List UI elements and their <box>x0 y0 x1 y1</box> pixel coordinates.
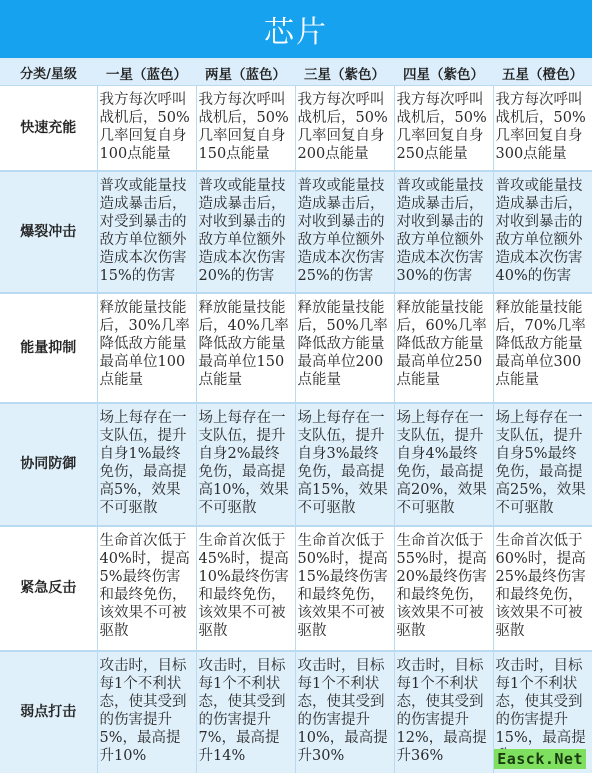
cell-text-line: 造成本次伤害 <box>298 249 394 267</box>
cell-text-line: 30%的伤害 <box>397 267 493 285</box>
cell-text-line: 释放能量技能 <box>100 299 196 317</box>
cell-text-line: 敌方单位额外 <box>298 231 394 249</box>
cell-text-line: 40%的伤害 <box>496 267 593 285</box>
cell-text-line: 该效果不可被 <box>199 604 295 622</box>
table-cell-star-4: 释放能量技能后，60%几率降低敌方能量最高单位250点能量 <box>394 293 493 403</box>
cell-text-line: 60%时，提高 <box>496 550 593 568</box>
cell-text-line: 高25%，效果 <box>496 481 593 499</box>
cell-text-line: 不可驱散 <box>100 499 196 517</box>
cell-text-line: 态，使其受到 <box>496 693 593 711</box>
cell-text-line: 最高单位300 <box>496 353 593 371</box>
cell-text-line: 和最终免伤， <box>100 586 196 604</box>
cell-text-line: 自身3%最终 <box>298 445 394 463</box>
cell-text-line: 最高单位150 <box>199 353 295 371</box>
cell-text-line: 最高单位100 <box>100 353 196 371</box>
cell-text-line: 12%，最高提 <box>397 729 493 747</box>
cell-text-line: 支队伍，提升 <box>199 427 295 445</box>
cell-text-line: 几率回复自身 <box>199 127 295 145</box>
cell-text-line: 普攻或能量技 <box>496 177 593 195</box>
cell-text-line: 不可驱散 <box>199 499 295 517</box>
cell-text-line: 战机后，50% <box>100 109 196 127</box>
cell-text-line: 200点能量 <box>298 145 394 163</box>
cell-text-line: 释放能量技能 <box>298 299 394 317</box>
cell-text-line: 15%，最高提 <box>496 729 593 747</box>
cell-text-line: 场上每存在一 <box>100 409 196 427</box>
cell-text-line: 15%最终伤害 <box>298 568 394 586</box>
cell-text-line: 对收到暴击的 <box>199 213 295 231</box>
table-cell-star-2: 我方每次呼叫战机后，50%几率回复自身150点能量 <box>196 86 295 171</box>
table-cell-star-5: 我方每次呼叫战机后，50%几率回复自身300点能量 <box>493 86 592 171</box>
cell-text-line: 造成暴击后， <box>199 195 295 213</box>
cell-text-line: 每1个不利状 <box>397 675 493 693</box>
cell-text-line: 升30% <box>298 747 394 765</box>
cell-text-line: 高10%，效果 <box>199 481 295 499</box>
cell-text-line: 造成本次伤害 <box>100 249 196 267</box>
cell-text-line: 造成本次伤害 <box>496 249 593 267</box>
table-cell-star-4: 场上每存在一支队伍，提升自身4%最终免伤，最高提高20%，效果不可驱散 <box>394 403 493 526</box>
cell-text-line: 降低敌方能量 <box>298 335 394 353</box>
cell-text-line: 150点能量 <box>199 145 295 163</box>
table-cell-star-1: 生命首次低于40%时，提高5%最终伤害和最终免伤，该效果不可被驱散 <box>97 526 196 651</box>
cell-text-line: 战机后，50% <box>496 109 593 127</box>
cell-text-line: 后，70%几率 <box>496 317 593 335</box>
cell-text-line: 升36% <box>397 747 493 765</box>
cell-text-line: 敌方单位额外 <box>199 231 295 249</box>
cell-text-line: 高5%，效果 <box>100 481 196 499</box>
cell-text-line: 造成暴击后， <box>496 195 593 213</box>
cell-text-line: 5%，最高提 <box>100 729 196 747</box>
cell-text-line: 后，60%几率 <box>397 317 493 335</box>
cell-text-line: 释放能量技能 <box>397 299 493 317</box>
header-star-1: 一星（蓝色） <box>97 60 196 86</box>
cell-text-line: 免伤，最高提 <box>298 463 394 481</box>
cell-text-line: 几率回复自身 <box>100 127 196 145</box>
cell-text-line: 15%的伤害 <box>100 267 196 285</box>
cell-text-line: 态，使其受到 <box>100 693 196 711</box>
cell-text-line: 攻击时，目标 <box>397 657 493 675</box>
cell-text-line: 敌方单位额外 <box>100 231 196 249</box>
cell-text-line: 后，40%几率 <box>199 317 295 335</box>
table-row: 协同防御场上每存在一支队伍，提升自身1%最终免伤，最高提高5%，效果不可驱散场上… <box>0 403 592 526</box>
row-category: 快速充能 <box>0 86 97 171</box>
cell-text-line: 生命首次低于 <box>298 532 394 550</box>
cell-text-line: 降低敌方能量 <box>199 335 295 353</box>
row-category: 能量抑制 <box>0 293 97 403</box>
cell-text-line: 最高单位250 <box>397 353 493 371</box>
cell-text-line: 我方每次呼叫 <box>199 91 295 109</box>
cell-text-line: 我方每次呼叫 <box>100 91 196 109</box>
table-cell-star-3: 场上每存在一支队伍，提升自身3%最终免伤，最高提高15%，效果不可驱散 <box>295 403 394 526</box>
cell-text-line: 高15%，效果 <box>298 481 394 499</box>
cell-text-line: 战机后，50% <box>397 109 493 127</box>
cell-text-line: 我方每次呼叫 <box>298 91 394 109</box>
cell-text-line: 每1个不利状 <box>199 675 295 693</box>
table-cell-star-5: 普攻或能量技造成暴击后，对收到暴击的敌方单位额外造成本次伤害40%的伤害 <box>493 171 592 293</box>
header-star-4: 四星（紫色） <box>394 60 493 86</box>
table-cell-star-2: 场上每存在一支队伍，提升自身2%最终免伤，最高提高10%，效果不可驱散 <box>196 403 295 526</box>
cell-text-line: 释放能量技能 <box>496 299 593 317</box>
cell-text-line: 的伤害提升 <box>100 711 196 729</box>
cell-text-line: 生命首次低于 <box>100 532 196 550</box>
cell-text-line: 攻击时，目标 <box>100 657 196 675</box>
cell-text-line: 造成暴击后， <box>298 195 394 213</box>
cell-text-line: 该效果不可被 <box>100 604 196 622</box>
table-cell-star-1: 场上每存在一支队伍，提升自身1%最终免伤，最高提高5%，效果不可驱散 <box>97 403 196 526</box>
cell-text-line: 后，30%几率 <box>100 317 196 335</box>
cell-text-line: 支队伍，提升 <box>100 427 196 445</box>
cell-text-line: 45%时，提高 <box>199 550 295 568</box>
cell-text-line: 自身4%最终 <box>397 445 493 463</box>
cell-text-line: 场上每存在一 <box>298 409 394 427</box>
table-row: 紧急反击生命首次低于40%时，提高5%最终伤害和最终免伤，该效果不可被驱散生命首… <box>0 526 592 651</box>
cell-text-line: 的伤害提升 <box>397 711 493 729</box>
cell-text-line: 该效果不可被 <box>298 604 394 622</box>
cell-text-line: 该效果不可被 <box>397 604 493 622</box>
table-cell-star-5: 场上每存在一支队伍，提升自身5%最终免伤，最高提高25%，效果不可驱散 <box>493 403 592 526</box>
cell-text-line: 250点能量 <box>397 145 493 163</box>
cell-text-line: 生命首次低于 <box>397 532 493 550</box>
cell-text-line: 普攻或能量技 <box>298 177 394 195</box>
cell-text-line: 点能量 <box>199 371 295 389</box>
table-cell-star-3: 生命首次低于50%时，提高15%最终伤害和最终免伤，该效果不可被驱散 <box>295 526 394 651</box>
cell-text-line: 自身2%最终 <box>199 445 295 463</box>
table-row: 爆裂冲击普攻或能量技造成暴击后，对受到暴击的敌方单位额外造成本次伤害15%的伤害… <box>0 171 592 293</box>
chip-table-page: 芯片 分类/星级 一星（蓝色） 两星（蓝色） 三星（紫色） 四星（紫色） 五星（… <box>0 0 592 773</box>
cell-text-line: 每1个不利状 <box>496 675 593 693</box>
cell-text-line: 20%的伤害 <box>199 267 295 285</box>
header-star-5: 五星（橙色） <box>493 60 592 86</box>
cell-text-line: 战机后，50% <box>298 109 394 127</box>
cell-text-line: 普攻或能量技 <box>100 177 196 195</box>
cell-text-line: 释放能量技能 <box>199 299 295 317</box>
cell-text-line: 40%时，提高 <box>100 550 196 568</box>
cell-text-line: 态，使其受到 <box>199 693 295 711</box>
cell-text-line: 和最终免伤， <box>496 586 593 604</box>
cell-text-line: 降低敌方能量 <box>100 335 196 353</box>
cell-text-line: 造成暴击后， <box>100 195 196 213</box>
cell-text-line: 攻击时，目标 <box>199 657 295 675</box>
cell-text-line: 驱散 <box>298 622 394 640</box>
cell-text-line: 免伤，最高提 <box>397 463 493 481</box>
cell-text-line: 10%，最高提 <box>298 729 394 747</box>
cell-text-line: 25%最终伤害 <box>496 568 593 586</box>
cell-text-line: 和最终免伤， <box>397 586 493 604</box>
cell-text-line: 普攻或能量技 <box>397 177 493 195</box>
cell-text-line: 55%时，提高 <box>397 550 493 568</box>
table-row: 快速充能我方每次呼叫战机后，50%几率回复自身100点能量我方每次呼叫战机后，5… <box>0 86 592 171</box>
cell-text-line: 敌方单位额外 <box>496 231 593 249</box>
cell-text-line: 支队伍，提升 <box>298 427 394 445</box>
cell-text-line: 驱散 <box>496 622 593 640</box>
cell-text-line: 点能量 <box>298 371 394 389</box>
table-cell-star-4: 普攻或能量技造成暴击后，对收到暴击的敌方单位额外造成本次伤害30%的伤害 <box>394 171 493 293</box>
cell-text-line: 25%的伤害 <box>298 267 394 285</box>
cell-text-line: 免伤，最高提 <box>100 463 196 481</box>
cell-text-line: 态，使其受到 <box>397 693 493 711</box>
cell-text-line: 对收到暴击的 <box>496 213 593 231</box>
table-cell-star-4: 生命首次低于55%时，提高20%最终伤害和最终免伤，该效果不可被驱散 <box>394 526 493 651</box>
table-cell-star-3: 攻击时，目标每1个不利状态，使其受到的伤害提升10%，最高提升30% <box>295 651 394 773</box>
cell-text-line: 普攻或能量技 <box>199 177 295 195</box>
row-category: 弱点打击 <box>0 651 97 773</box>
table-cell-star-1: 普攻或能量技造成暴击后，对受到暴击的敌方单位额外造成本次伤害15%的伤害 <box>97 171 196 293</box>
cell-text-line: 7%，最高提 <box>199 729 295 747</box>
table-cell-star-2: 普攻或能量技造成暴击后，对收到暴击的敌方单位额外造成本次伤害20%的伤害 <box>196 171 295 293</box>
header-star-2: 两星（蓝色） <box>196 60 295 86</box>
cell-text-line: 300点能量 <box>496 145 593 163</box>
cell-text-line: 升10% <box>100 747 196 765</box>
cell-text-line: 支队伍，提升 <box>397 427 493 445</box>
table-cell-star-2: 生命首次低于45%时，提高10%最终伤害和最终免伤，该效果不可被驱散 <box>196 526 295 651</box>
table-cell-star-3: 普攻或能量技造成暴击后，对收到暴击的敌方单位额外造成本次伤害25%的伤害 <box>295 171 394 293</box>
table-cell-star-4: 攻击时，目标每1个不利状态，使其受到的伤害提升12%，最高提升36% <box>394 651 493 773</box>
cell-text-line: 的伤害提升 <box>496 711 593 729</box>
cell-text-line: 每1个不利状 <box>298 675 394 693</box>
cell-text-line: 场上每存在一 <box>199 409 295 427</box>
table-cell-star-3: 释放能量技能后，50%几率降低敌方能量最高单位200点能量 <box>295 293 394 403</box>
cell-text-line: 免伤，最高提 <box>496 463 593 481</box>
row-category: 爆裂冲击 <box>0 171 97 293</box>
cell-text-line: 升14% <box>199 747 295 765</box>
cell-text-line: 场上每存在一 <box>496 409 593 427</box>
header-star-3: 三星（紫色） <box>295 60 394 86</box>
cell-text-line: 不可驱散 <box>298 499 394 517</box>
cell-text-line: 最高单位200 <box>298 353 394 371</box>
cell-text-line: 每1个不利状 <box>100 675 196 693</box>
header-row: 分类/星级 一星（蓝色） 两星（蓝色） 三星（紫色） 四星（紫色） 五星（橙色） <box>0 60 592 86</box>
cell-text-line: 50%时，提高 <box>298 550 394 568</box>
cell-text-line: 我方每次呼叫 <box>496 91 593 109</box>
cell-text-line: 点能量 <box>100 371 196 389</box>
cell-text-line: 对收到暴击的 <box>298 213 394 231</box>
cell-text-line: 我方每次呼叫 <box>397 91 493 109</box>
cell-text-line: 对受到暴击的 <box>100 213 196 231</box>
table-cell-star-1: 攻击时，目标每1个不利状态，使其受到的伤害提升5%，最高提升10% <box>97 651 196 773</box>
cell-text-line: 和最终免伤， <box>199 586 295 604</box>
cell-text-line: 100点能量 <box>100 145 196 163</box>
cell-text-line: 造成本次伤害 <box>199 249 295 267</box>
cell-text-line: 免伤，最高提 <box>199 463 295 481</box>
cell-text-line: 几率回复自身 <box>496 127 593 145</box>
cell-text-line: 驱散 <box>100 622 196 640</box>
row-category: 协同防御 <box>0 403 97 526</box>
row-category: 紧急反击 <box>0 526 97 651</box>
table-cell-star-1: 我方每次呼叫战机后，50%几率回复自身100点能量 <box>97 86 196 171</box>
header-category: 分类/星级 <box>0 60 97 86</box>
table-cell-star-2: 释放能量技能后，40%几率降低敌方能量最高单位150点能量 <box>196 293 295 403</box>
cell-text-line: 自身1%最终 <box>100 445 196 463</box>
page-title: 芯片 <box>0 0 592 60</box>
cell-text-line: 降低敌方能量 <box>397 335 493 353</box>
cell-text-line: 的伤害提升 <box>199 711 295 729</box>
cell-text-line: 该效果不可被 <box>496 604 593 622</box>
cell-text-line: 驱散 <box>397 622 493 640</box>
cell-text-line: 场上每存在一 <box>397 409 493 427</box>
cell-text-line: 敌方单位额外 <box>397 231 493 249</box>
watermark-logo: Easck.Net <box>494 749 586 769</box>
cell-text-line: 点能量 <box>397 371 493 389</box>
cell-text-line: 后，50%几率 <box>298 317 394 335</box>
cell-text-line: 驱散 <box>199 622 295 640</box>
cell-text-line: 支队伍，提升 <box>496 427 593 445</box>
cell-text-line: 5%最终伤害 <box>100 568 196 586</box>
chip-stats-table: 分类/星级 一星（蓝色） 两星（蓝色） 三星（紫色） 四星（紫色） 五星（橙色）… <box>0 60 592 773</box>
cell-text-line: 高20%，效果 <box>397 481 493 499</box>
cell-text-line: 不可驱散 <box>397 499 493 517</box>
table-cell-star-2: 攻击时，目标每1个不利状态，使其受到的伤害提升7%，最高提升14% <box>196 651 295 773</box>
table-cell-star-3: 我方每次呼叫战机后，50%几率回复自身200点能量 <box>295 86 394 171</box>
cell-text-line: 造成暴击后， <box>397 195 493 213</box>
cell-text-line: 攻击时，目标 <box>298 657 394 675</box>
cell-text-line: 战机后，50% <box>199 109 295 127</box>
cell-text-line: 20%最终伤害 <box>397 568 493 586</box>
cell-text-line: 态，使其受到 <box>298 693 394 711</box>
cell-text-line: 生命首次低于 <box>199 532 295 550</box>
table-cell-star-5: 生命首次低于60%时，提高25%最终伤害和最终免伤，该效果不可被驱散 <box>493 526 592 651</box>
cell-text-line: 几率回复自身 <box>298 127 394 145</box>
cell-text-line: 不可驱散 <box>496 499 593 517</box>
cell-text-line: 自身5%最终 <box>496 445 593 463</box>
cell-text-line: 生命首次低于 <box>496 532 593 550</box>
cell-text-line: 降低敌方能量 <box>496 335 593 353</box>
cell-text-line: 的伤害提升 <box>298 711 394 729</box>
cell-text-line: 攻击时，目标 <box>496 657 593 675</box>
table-cell-star-4: 我方每次呼叫战机后，50%几率回复自身250点能量 <box>394 86 493 171</box>
table-cell-star-1: 释放能量技能后，30%几率降低敌方能量最高单位100点能量 <box>97 293 196 403</box>
cell-text-line: 对收到暴击的 <box>397 213 493 231</box>
cell-text-line: 造成本次伤害 <box>397 249 493 267</box>
cell-text-line: 点能量 <box>496 371 593 389</box>
cell-text-line: 和最终免伤， <box>298 586 394 604</box>
table-row: 能量抑制释放能量技能后，30%几率降低敌方能量最高单位100点能量释放能量技能后… <box>0 293 592 403</box>
cell-text-line: 几率回复自身 <box>397 127 493 145</box>
cell-text-line: 10%最终伤害 <box>199 568 295 586</box>
table-cell-star-5: 释放能量技能后，70%几率降低敌方能量最高单位300点能量 <box>493 293 592 403</box>
